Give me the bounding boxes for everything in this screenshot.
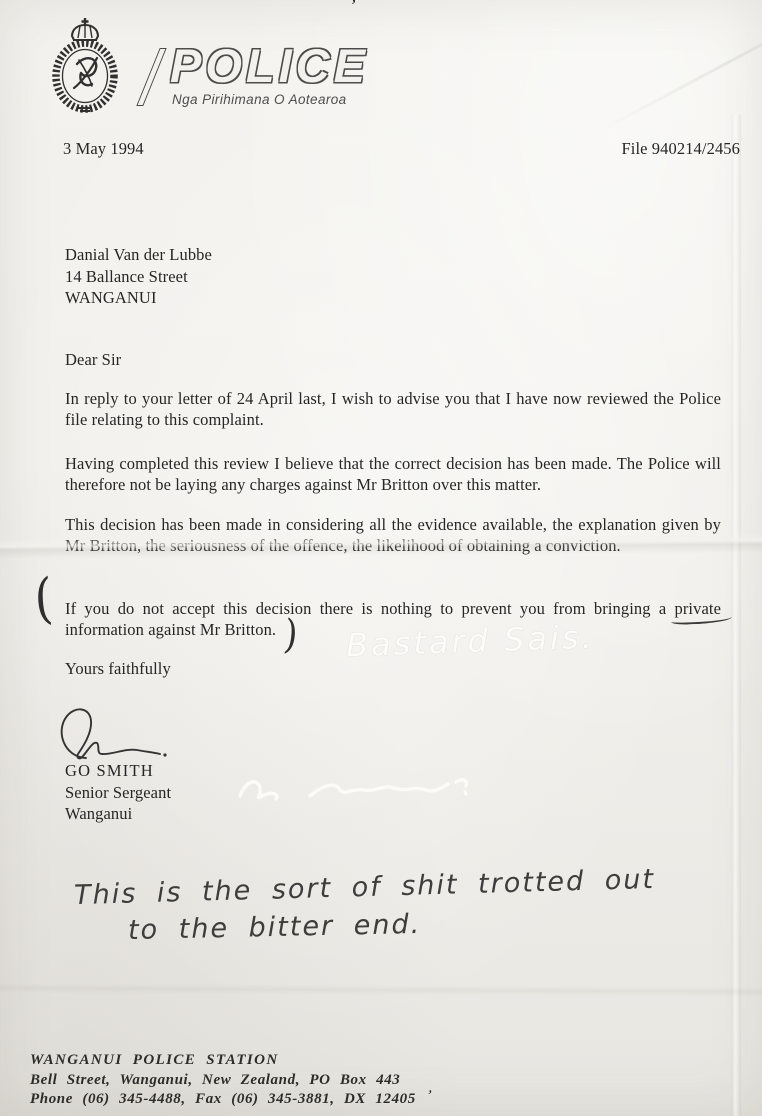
signatory-block: GO SMITH Senior Sergeant Wanganui bbox=[65, 760, 171, 825]
body-paragraph-1: In reply to your letter of 24 April last… bbox=[65, 388, 721, 430]
scanned-police-letter: ’ ’ POLICE Nga Pirihimana O Aotearoa bbox=[0, 0, 762, 1116]
recipient-street: 14 Ballance Street bbox=[65, 266, 212, 288]
meta-row: 3 May 1994 File 940214/2456 bbox=[63, 138, 740, 159]
body-paragraph-2: Having completed this review I believe t… bbox=[65, 453, 721, 495]
salutation: Dear Sir bbox=[65, 349, 121, 370]
hand-drawn-close-paren: ) bbox=[284, 634, 297, 635]
underlined-word-private: private bbox=[674, 599, 721, 618]
stray-ink-mark-bottom: ’ bbox=[425, 1088, 432, 1106]
recipient-address: Danial Van der Lubbe 14 Ballance Street … bbox=[65, 244, 212, 309]
signatory-name: GO SMITH bbox=[65, 760, 171, 782]
valediction: Yours faithfully bbox=[65, 658, 171, 679]
footer-address: Bell Street, Wanganui, New Zealand, PO B… bbox=[30, 1071, 416, 1091]
nz-police-crest-icon bbox=[34, 16, 136, 114]
handwritten-note-line-1: This is the sort of shit trotted out bbox=[74, 864, 656, 911]
paper-crease-lower bbox=[0, 983, 762, 997]
footer-station-name: WANGANUI POLICE STATION bbox=[30, 1051, 416, 1071]
signatory-station: Wanganui bbox=[65, 803, 171, 825]
recipient-city: WANGANUI bbox=[65, 287, 212, 309]
letter-date: 3 May 1994 bbox=[63, 138, 144, 159]
handwritten-note-line-2: to the bitter end. bbox=[128, 909, 422, 946]
footer-phone-fax: Phone (06) 345-4488, Fax (06) 345-3881, … bbox=[30, 1090, 416, 1110]
org-name: POLICE bbox=[170, 42, 369, 89]
paper-fold-vertical bbox=[731, 115, 741, 1116]
recipient-name: Danial Van der Lubbe bbox=[65, 244, 212, 266]
org-tagline: Nga Pirihimana O Aotearoa bbox=[172, 92, 347, 107]
logo-slash-icon bbox=[136, 48, 166, 106]
paper-crease-diagonal bbox=[597, 0, 762, 133]
ghost-handwriting-2 bbox=[232, 766, 512, 808]
paragraph-4-text: If you do not accept this decision there… bbox=[65, 599, 674, 618]
signature-ink bbox=[52, 704, 177, 768]
ghost-handwriting-1: Bastard Sais. bbox=[345, 618, 595, 665]
file-reference: File 940214/2456 bbox=[622, 138, 740, 159]
hand-drawn-open-paren: ( bbox=[34, 587, 53, 609]
paragraph-4-text-continued: information against Mr Britton. bbox=[65, 620, 276, 639]
station-footer: WANGANUI POLICE STATION Bell Street, Wan… bbox=[30, 1051, 416, 1110]
body-paragraph-3: This decision has been made in consideri… bbox=[65, 514, 721, 556]
letterhead: POLICE Nga Pirihimana O Aotearoa bbox=[34, 14, 514, 114]
signatory-role: Senior Sergeant bbox=[65, 782, 171, 804]
